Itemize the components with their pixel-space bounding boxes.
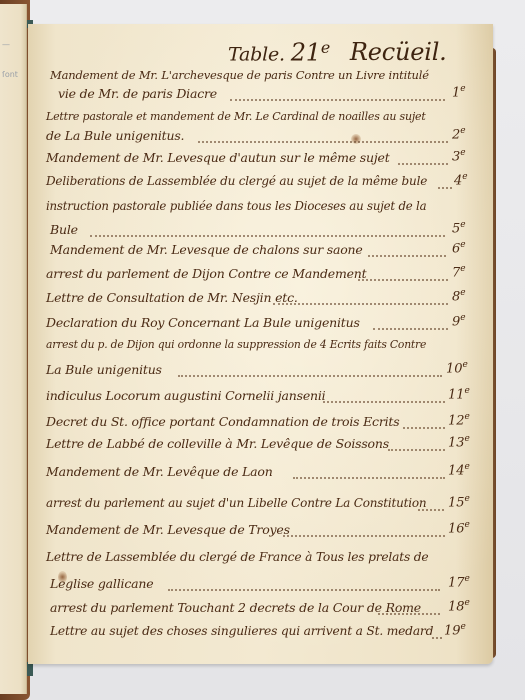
entry-4-line-1: Deliberations de Lassemblée du clergé au…: [46, 174, 427, 188]
entry-11-number: 11e: [448, 386, 470, 402]
entry-14-line-1: Mandement de Mr. Levêque de Laon: [46, 464, 273, 479]
dot-leader: [368, 253, 446, 257]
entry-11-line-1: indiculus Locorum augustini Cornelii jan…: [46, 388, 325, 403]
entry-8-number: 8e: [452, 288, 466, 304]
previous-page-mark: —: [2, 40, 10, 49]
entry-5-line-1: instruction pastorale publiée dans tous …: [46, 199, 426, 213]
entry-12-number: 12e: [448, 412, 470, 428]
cover-edge: [27, 662, 33, 676]
entry-17-line-2: Leglise gallicane: [50, 576, 153, 591]
entry-10-line-2: La Bule unigenitus: [46, 362, 162, 377]
dot-leader: [418, 507, 444, 511]
entry-15-line-1: arrest du parlement au sujet d'un Libell…: [46, 496, 426, 510]
dot-leader: [323, 399, 445, 403]
entry-6-number: 6e: [452, 240, 466, 256]
entry-4-number: 4e: [454, 172, 468, 188]
entry-5-line-2: Bule: [50, 222, 78, 237]
entry-10-number: 10e: [446, 360, 468, 376]
previous-page-sliver: — ſont: [0, 4, 27, 694]
dot-leader: [438, 185, 452, 189]
dot-leader: [230, 97, 445, 101]
entry-9-number: 9e: [452, 313, 466, 329]
dot-leader: [178, 373, 442, 377]
entry-1-line-1: Mandement de Mr. L'archevesque de paris …: [50, 68, 429, 82]
dot-leader: [283, 533, 445, 537]
entry-7-number: 7e: [452, 264, 466, 280]
entry-1-line-2: vie de Mr. de paris Diacre: [58, 86, 217, 101]
dot-leader: [168, 587, 440, 591]
dot-leader: [373, 326, 448, 330]
entry-17-line-1: Lettre de Lassemblée du clergé de France…: [46, 550, 428, 564]
entry-3-number: 3e: [452, 148, 466, 164]
dot-leader: [273, 301, 448, 305]
entry-13-line-1: Lettre de Labbé de colleville à Mr. Levê…: [46, 436, 389, 451]
page-title: Table. 21e Recüeil.: [228, 38, 447, 66]
entry-18-line-1: arrest du parlement Touchant 2 decrets d…: [50, 600, 421, 615]
entry-12-line-1: Decret du St. office portant Condamnatio…: [46, 414, 399, 429]
dot-leader: [432, 635, 442, 639]
entry-15-number: 15e: [448, 494, 470, 510]
dot-leader: [358, 277, 448, 281]
title-prefix: Table.: [228, 43, 285, 65]
entry-10-line-1: arrest du p. de Dijon qui ordonne la sup…: [46, 338, 426, 351]
title-number-suffix: e: [321, 38, 330, 57]
entry-16-line-1: Mandement de Mr. Levesque de Troyes: [46, 522, 290, 537]
entry-2-line-2: de La Bule unigenitus.: [46, 128, 184, 143]
entry-1-number: 1e: [452, 84, 466, 100]
entry-14-number: 14e: [448, 462, 470, 478]
entry-5-number: 5e: [452, 220, 466, 236]
dot-leader: [378, 611, 440, 615]
photo-scene: — ſont Table. 21e Recüeil. Mandement de …: [0, 0, 525, 700]
entry-9-line-1: Declaration du Roy Concernant La Bule un…: [46, 315, 360, 330]
entry-17-number: 17e: [448, 574, 470, 590]
dot-leader: [403, 425, 445, 429]
title-number: 21: [291, 38, 321, 66]
entry-16-number: 16e: [448, 520, 470, 536]
entry-8-line-1: Lettre de Consultation de Mr. Nesjin etc…: [46, 290, 298, 305]
dot-leader: [198, 139, 448, 143]
previous-page-mark: ſont: [2, 70, 18, 79]
entry-2-line-1: Lettre pastorale et mandement de Mr. Le …: [46, 110, 426, 123]
dot-leader: [90, 233, 445, 237]
entry-18-number: 18e: [448, 598, 470, 614]
dot-leader: [398, 161, 448, 165]
entry-3-line-1: Mandement de Mr. Levesque d'autun sur le…: [46, 150, 390, 165]
entry-2-number: 2e: [452, 126, 466, 142]
entry-6-line-1: Mandement de Mr. Levesque de chalons sur…: [50, 242, 363, 257]
entry-7-line-1: arrest du parlement de Dijon Contre ce M…: [46, 266, 366, 281]
entry-19-line-1: Lettre au sujet des choses singulieres q…: [50, 624, 433, 638]
entry-13-number: 13e: [448, 434, 470, 450]
manuscript-page: Table. 21e Recüeil. Mandement de Mr. L'a…: [28, 24, 493, 664]
title-word: Recüeil.: [350, 38, 447, 66]
dot-leader: [293, 475, 445, 479]
dot-leader: [388, 447, 445, 451]
entry-19-number: 19e: [444, 622, 466, 638]
